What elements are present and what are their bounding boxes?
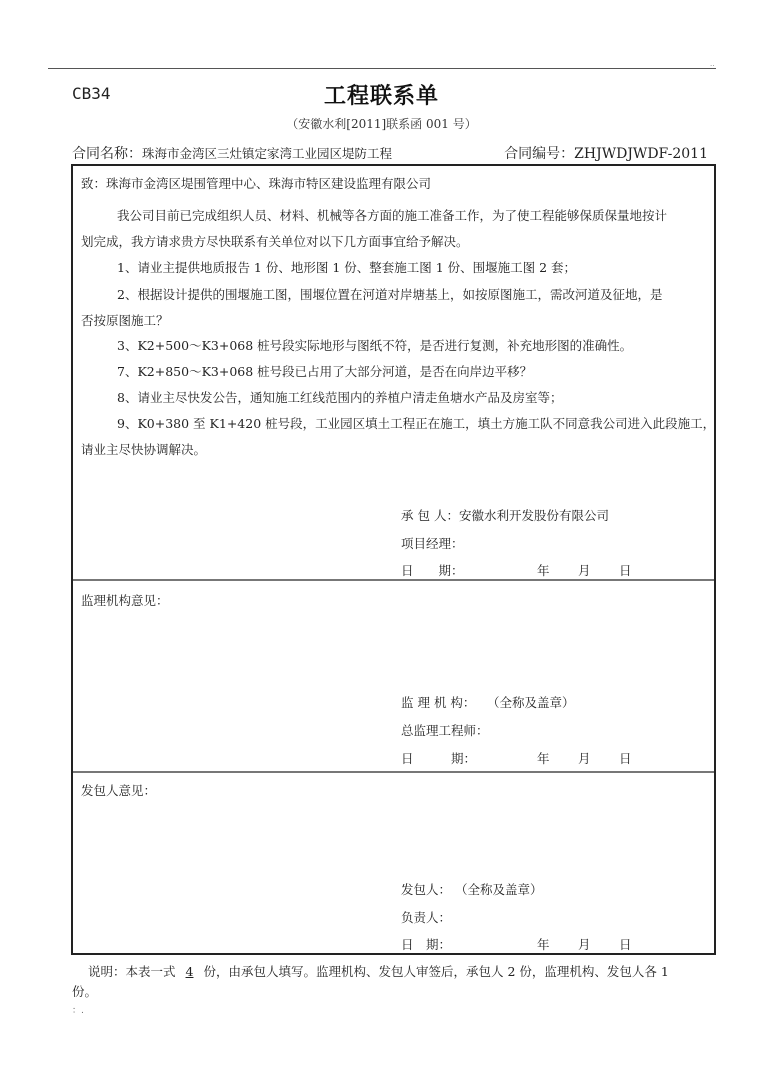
supervisor-org-label: 监 理 机 构： bbox=[401, 695, 475, 711]
employer-section: 发包人意见： 发包人： （全称及盖章） 负责人： 日 期： 年 月 日 bbox=[73, 773, 714, 953]
contract-number-label: 合同编号： bbox=[504, 146, 574, 162]
date-year: 年 bbox=[537, 937, 550, 953]
item-7: 7、K2+850～K3+068 桩号段已占用了大部分河道，是否在向岸边平移？ bbox=[117, 364, 532, 380]
contractor-section: 致：珠海市金湾区堤围管理中心、珠海市特区建设监理有限公司 我公司目前已完成组织人… bbox=[73, 166, 714, 580]
supervisor-org-value: （全称及盖章） bbox=[487, 695, 575, 711]
note-suffix: 份，由承包人填写。监理机构、发包人审签后，承包人 2 份，监理机构、发包人各 1 bbox=[203, 964, 668, 979]
item-9-line-1: 9、K0+380 至 K1+420 桩号段，工业园区填土工程正在施工，填土方施工… bbox=[117, 416, 715, 432]
contract-name-value: 珠海市金湾区三灶镇定家湾工业园区堤防工程 bbox=[142, 146, 392, 161]
date-day: 日 bbox=[619, 751, 632, 767]
item-2-line-1: 2、根据设计提供的围堰施工图，围堰位置在河道对岸塘基上，如按原图施工，需改河道及… bbox=[117, 287, 662, 303]
employer-value: （全称及盖章） bbox=[455, 882, 543, 898]
trailing-mark: ：. bbox=[72, 1003, 84, 1016]
page-title: 工程联系单 bbox=[0, 79, 763, 110]
item-2-line-2: 否按原图施工？ bbox=[81, 313, 169, 329]
intro-line-2: 划完成，我方请求贵方尽快联系有关单位对以下几方面事宜给予解决。 bbox=[81, 234, 469, 250]
item-9-line-2: 请业主尽快协调解决。 bbox=[81, 442, 206, 458]
contract-info-row: 合同名称：珠海市金湾区三灶镇定家湾工业园区堤防工程 合同编号：ZHJWDJWDF… bbox=[72, 143, 716, 163]
contract-number-value: ZHJWDJWDF-2011 bbox=[574, 146, 708, 162]
note-prefix: 说明：本表一式 bbox=[88, 964, 176, 979]
addressee: 致：珠海市金湾区堤围管理中心、珠海市特区建设监理有限公司 bbox=[81, 176, 431, 192]
corner-mark: .. bbox=[710, 60, 714, 68]
supervisor-section: 监理机构意见： 监 理 机 构： （全称及盖章） 总监理工程师： 日 期： 年 … bbox=[73, 581, 714, 771]
employer-opinion-title: 发包人意见： bbox=[81, 783, 156, 799]
supervisor-opinion-title: 监理机构意见： bbox=[81, 593, 169, 609]
contract-number: 合同编号：ZHJWDJWDF-2011 bbox=[504, 143, 708, 163]
footer-note-line-1: 说明：本表一式4份，由承包人填写。监理机构、发包人审签后，承包人 2 份，监理机… bbox=[72, 962, 722, 982]
date-month: 月 bbox=[578, 937, 591, 953]
intro-line-1: 我公司目前已完成组织人员、材料、机械等各方面的施工准备工作，为了使工程能够保质保… bbox=[117, 208, 667, 224]
form-table: 致：珠海市金湾区堤围管理中心、珠海市特区建设监理有限公司 我公司目前已完成组织人… bbox=[71, 164, 716, 955]
date-label: 日 期： bbox=[401, 937, 451, 953]
date-day: 日 bbox=[619, 563, 632, 579]
item-3: 3、K2+500～K3+068 桩号段实际地形与图纸不符，是否进行复测，补充地形… bbox=[117, 338, 632, 354]
item-8: 8、请业主尽快发公告，通知施工红线范围内的养植户清走鱼塘水产品及房室等； bbox=[117, 390, 562, 406]
date-year: 年 bbox=[537, 563, 550, 579]
employer-label: 发包人： bbox=[401, 882, 451, 898]
chief-engineer-label: 总监理工程师： bbox=[401, 723, 489, 739]
document-number: （安徽水利[2011]联系函 001 号） bbox=[0, 115, 763, 132]
footer-note-line-2: 份。 bbox=[72, 982, 722, 1002]
item-1: 1、请业主提供地质报告 1 份、地形图 1 份、整套施工图 1 份、围堰施工图 … bbox=[117, 260, 576, 276]
date-year: 年 bbox=[537, 751, 550, 767]
date-month: 月 bbox=[578, 563, 591, 579]
header-rule bbox=[48, 68, 716, 69]
contractor-label: 承 包 人： bbox=[401, 508, 459, 524]
project-manager-label: 项目经理： bbox=[401, 536, 464, 552]
responsible-person-label: 负责人： bbox=[401, 910, 451, 926]
date-month: 月 bbox=[578, 751, 591, 767]
date-label: 日 期： bbox=[401, 751, 476, 767]
contract-name: 合同名称：珠海市金湾区三灶镇定家湾工业园区堤防工程 bbox=[72, 143, 392, 163]
copies-count: 4 bbox=[176, 964, 204, 979]
contractor-value: 安徽水利开发股份有限公司 bbox=[459, 508, 609, 524]
contract-name-label: 合同名称： bbox=[72, 146, 142, 162]
date-day: 日 bbox=[619, 937, 632, 953]
footer-note: 说明：本表一式4份，由承包人填写。监理机构、发包人审签后，承包人 2 份，监理机… bbox=[72, 962, 722, 1002]
date-label: 日 期： bbox=[401, 563, 464, 579]
